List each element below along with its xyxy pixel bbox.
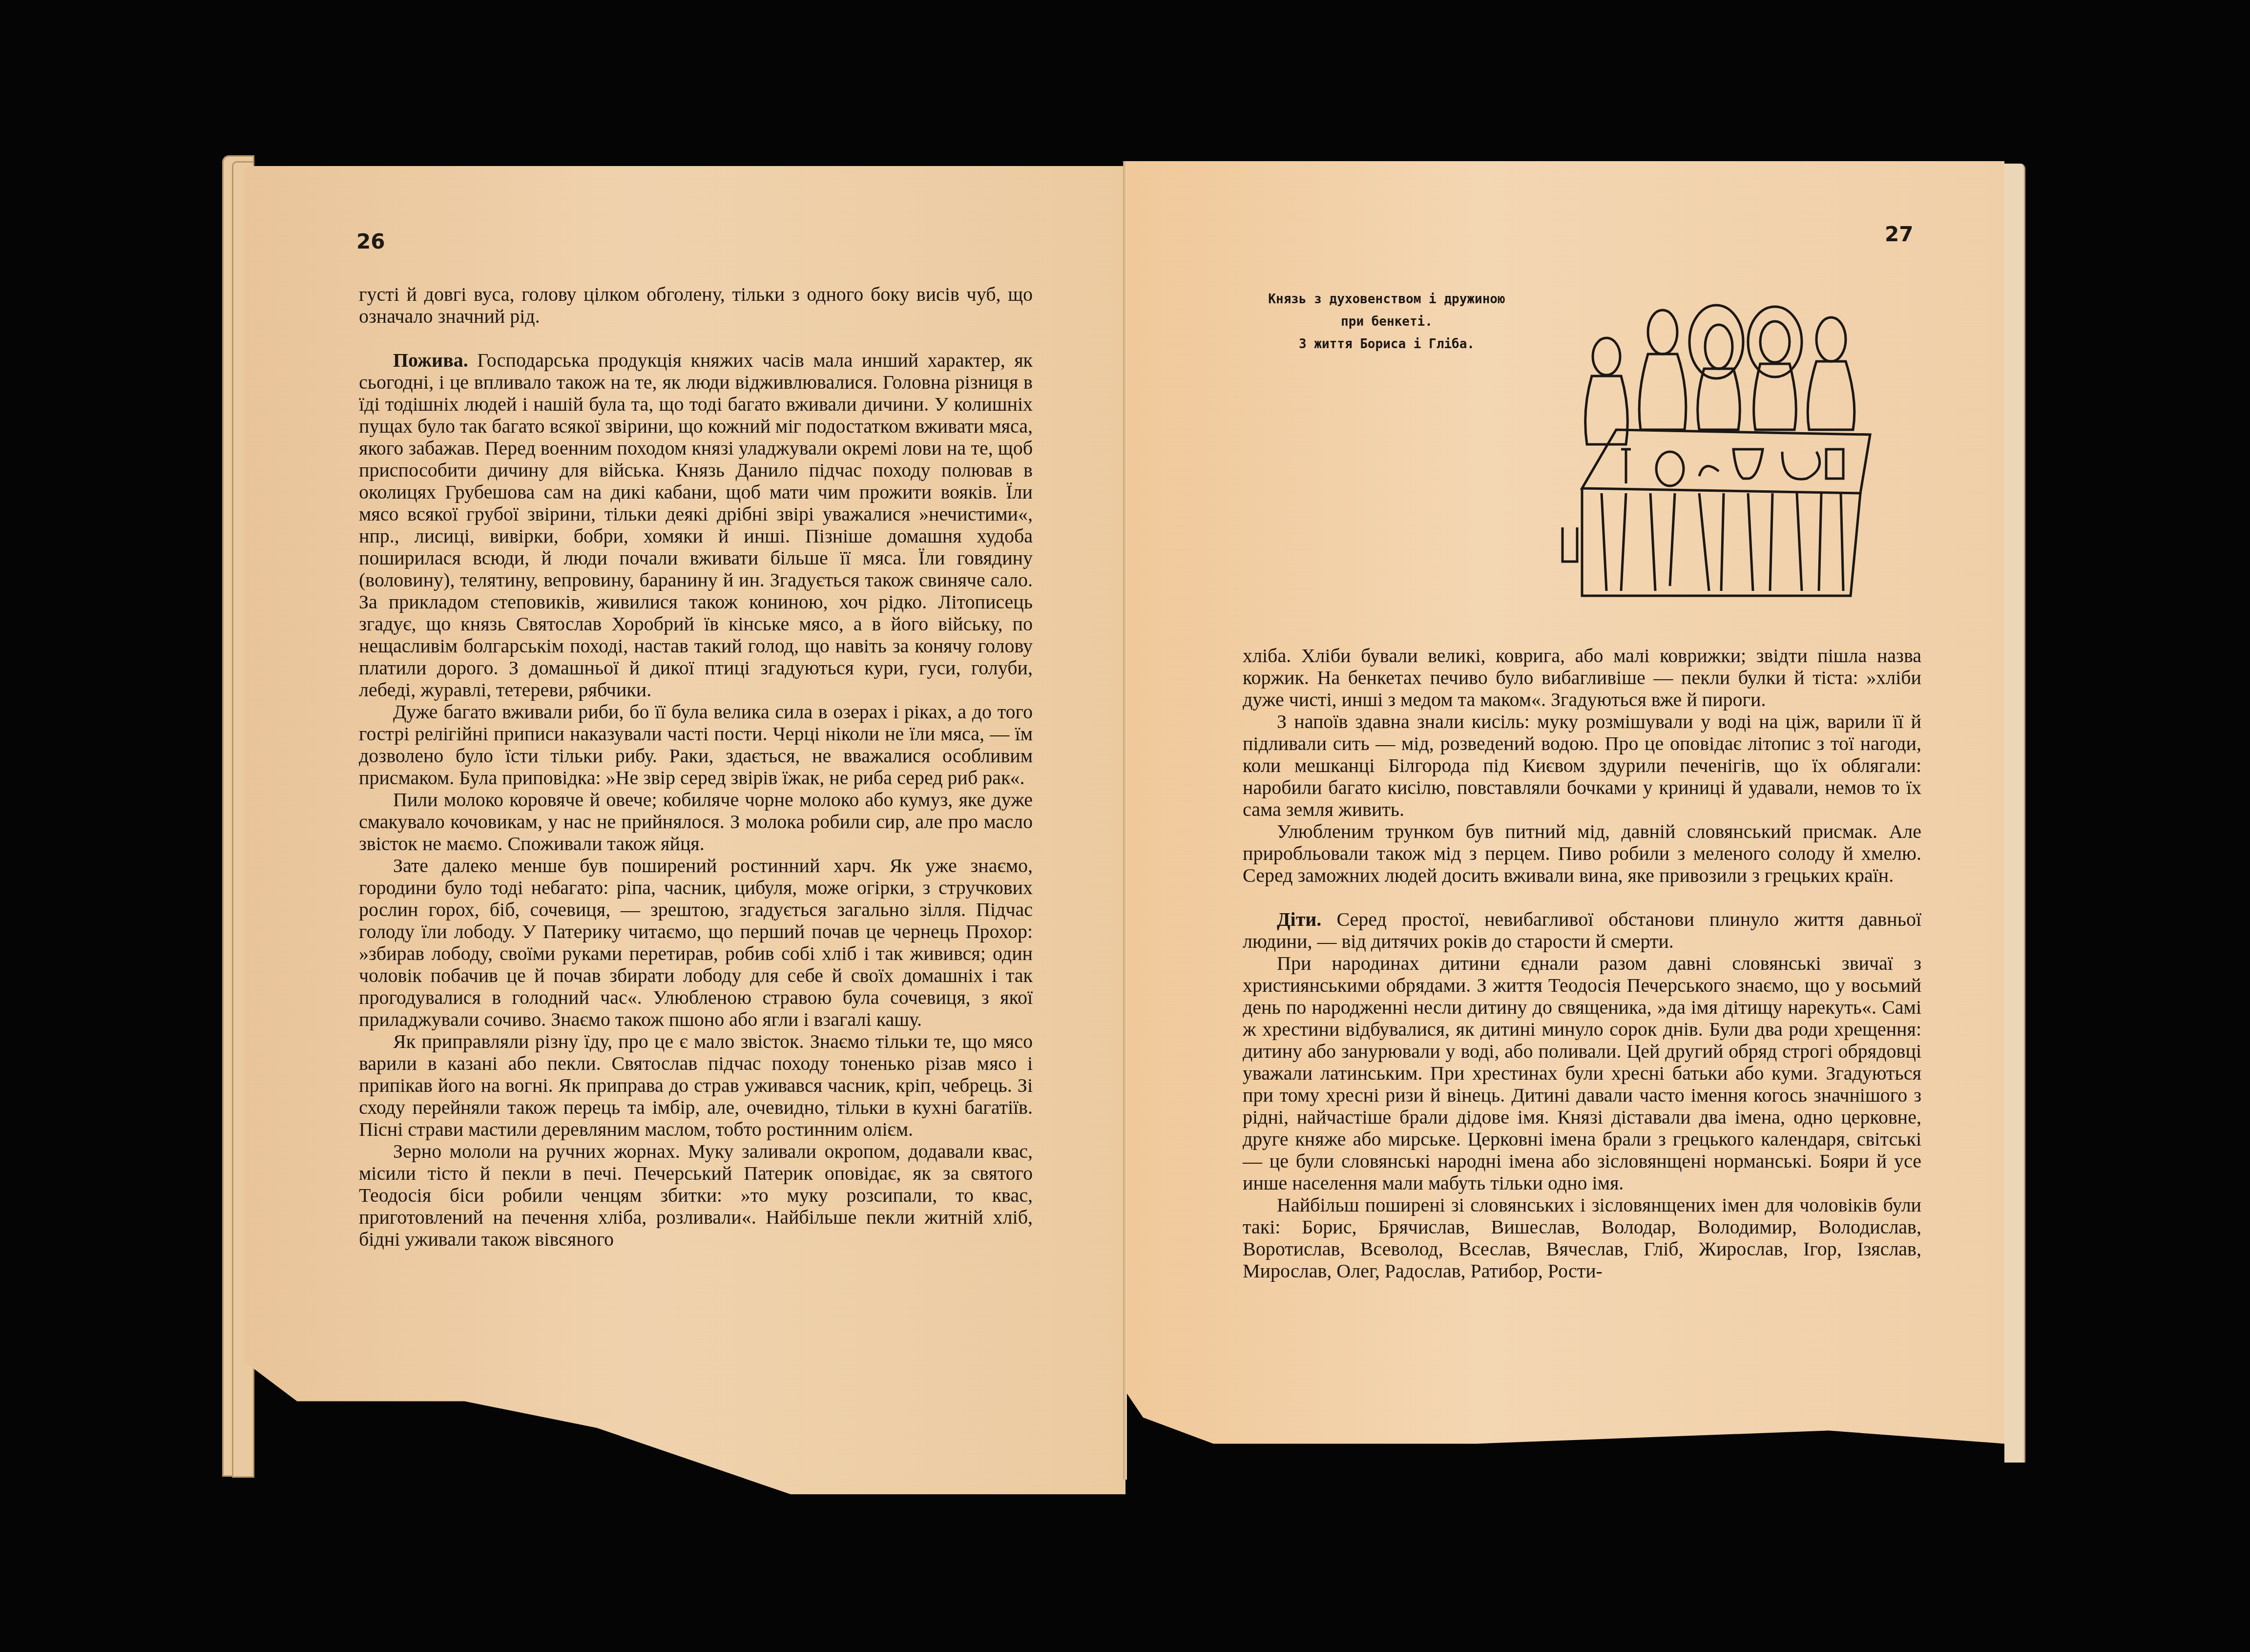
right-page-edges xyxy=(2004,164,2025,1463)
paragraph-pozhyva: Пожива. Господарська продукція княжих ча… xyxy=(359,349,1033,701)
paragraph: Найбільш поширені зі словянських і зісло… xyxy=(1243,1194,1921,1282)
right-page-body: хліба. Хліби бували великі, коврига, або… xyxy=(1243,645,1921,1282)
medieval-feast-illustration-icon xyxy=(1553,283,1895,601)
caption-line: при бенкеті. xyxy=(1250,311,1523,333)
section-heading: Діти. xyxy=(1277,908,1321,930)
page-number-right: 27 xyxy=(1885,222,1913,246)
paragraph: Зерно мололи на ручних жорнах. Муку зали… xyxy=(359,1140,1033,1250)
paragraph: Пили молоко коровяче й овече; кобиляче ч… xyxy=(359,789,1033,855)
section-heading: Пожива. xyxy=(393,349,468,371)
left-page-body: густі й довгі вуса, голову цілком обголе… xyxy=(359,283,1033,1250)
paragraph: Як приправляли різну їду, про це є мало … xyxy=(359,1030,1033,1140)
book-spine xyxy=(1123,161,1127,1480)
figure-caption: Князь з духовенством і дружиною при бенк… xyxy=(1250,288,1523,355)
paragraph: З напоїв здавна знали кисіль: муку розмі… xyxy=(1243,711,1921,820)
caption-line: Князь з духовенством і дружиною xyxy=(1250,288,1523,311)
paragraph: Улюбленим трунком був питний мід, давній… xyxy=(1243,820,1921,886)
paragraph: При народинах дитини єднали разом давні … xyxy=(1243,952,1921,1194)
paragraph-dity: Діти. Серед простої, невибагливої обстан… xyxy=(1243,908,1921,952)
page-number-left: 26 xyxy=(356,230,385,253)
paragraph: Дуже багато вживали риби, бо її була вел… xyxy=(359,701,1033,789)
open-book: 26 густі й довгі вуса, голову цілком обг… xyxy=(0,0,2250,1652)
caption-line: З життя Бориса і Гліба. xyxy=(1250,333,1523,355)
paragraph: густі й довгі вуса, голову цілком обголе… xyxy=(359,283,1033,327)
paragraph: хліба. Хліби бували великі, коврига, або… xyxy=(1243,645,1921,711)
paragraph: Зате далеко менше був поширений ростинни… xyxy=(359,855,1033,1030)
